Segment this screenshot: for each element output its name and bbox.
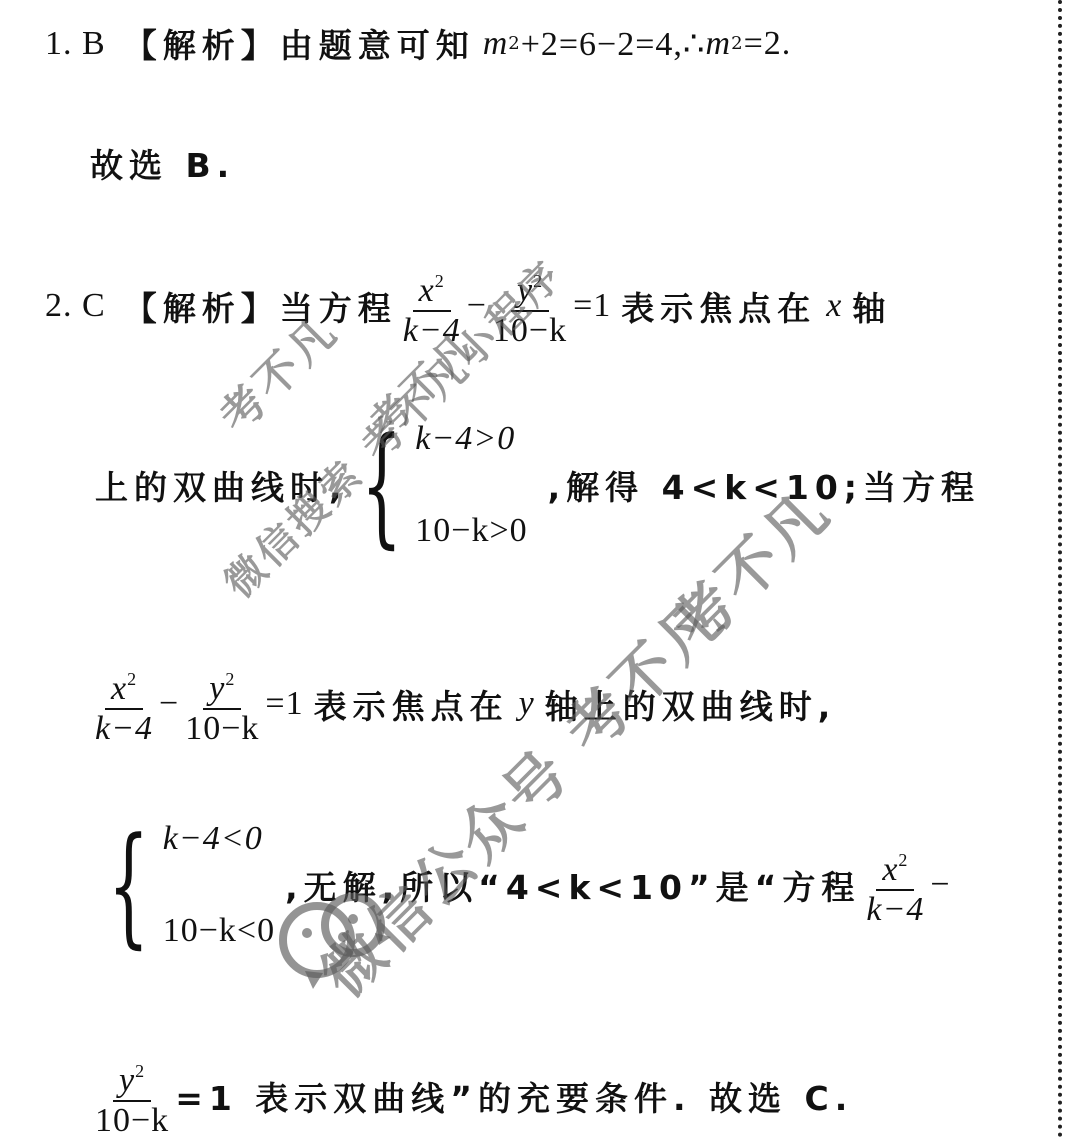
q2-line3-text: 表示焦点在 — [314, 681, 509, 728]
q2-line5-text: =1 表示双曲线”的充要条件. 故选 C. — [175, 1073, 853, 1120]
minus-sign: − — [930, 866, 950, 904]
wechat-logo-icon — [275, 885, 395, 995]
case2-b: 10−k<0 — [163, 912, 275, 950]
q1-text: 由题意可知 — [280, 20, 475, 67]
equals-one: =1 — [573, 287, 611, 325]
var-x: x — [826, 287, 842, 325]
fraction-x2-over-k-4-b: x2 k−4 — [95, 660, 153, 748]
q1-var-m2: m — [706, 25, 732, 63]
q2-line-3: x2 k−4 − y2 10−k =1 表示焦点在 y 轴上的双曲线时, — [95, 660, 836, 748]
q2-line-5: y2 10−k =1 表示双曲线”的充要条件. 故选 C. — [95, 1052, 853, 1138]
q1-conclusion-line: 故选 B. — [90, 140, 235, 187]
q2-line-2: 上的双曲线时, { k−4>0 10−k>0 ,解得 4<k<10;当方程 — [95, 420, 980, 550]
page-margin-dotted-line — [1058, 0, 1062, 1138]
q1-equation: +2=6−2=4,∴ — [521, 24, 706, 64]
fraction-y2-over-10-k-b: y2 10−k — [185, 660, 259, 748]
fraction-x2-over-k-4-c: x2 k−4 — [866, 841, 924, 929]
case2-a: k−4<0 — [163, 820, 275, 858]
axis-word: 轴 — [852, 283, 891, 330]
minus-sign: − — [159, 685, 179, 723]
fraction-y2-over-10-k-c: y2 10−k — [95, 1052, 169, 1138]
q1-line: 1. B 【解析】 由题意可知 m2 +2=6−2=4,∴ m2 =2. — [45, 20, 791, 67]
q1-result: =2. — [744, 25, 792, 63]
left-brace-icon: { — [108, 820, 150, 950]
q1-analysis-tag: 【解析】 — [124, 20, 280, 67]
q2-text-focus: 表示焦点在 — [621, 283, 816, 330]
q2-answer-label: 2. C — [45, 287, 106, 325]
var-y: y — [519, 685, 535, 723]
q1-sup2: 2 — [731, 33, 743, 54]
case1-b: 10−k>0 — [415, 512, 527, 550]
q1-conclusion: 故选 B. — [90, 140, 235, 187]
q1-answer-label: 1. B — [45, 25, 106, 63]
equals-one: =1 — [265, 685, 303, 723]
case-system-2: { k−4<0 10−k<0 — [95, 820, 285, 950]
q1-var-m: m — [483, 25, 509, 63]
q2-analysis-tag: 【解析】 — [124, 283, 280, 330]
q1-sup: 2 — [508, 33, 520, 54]
